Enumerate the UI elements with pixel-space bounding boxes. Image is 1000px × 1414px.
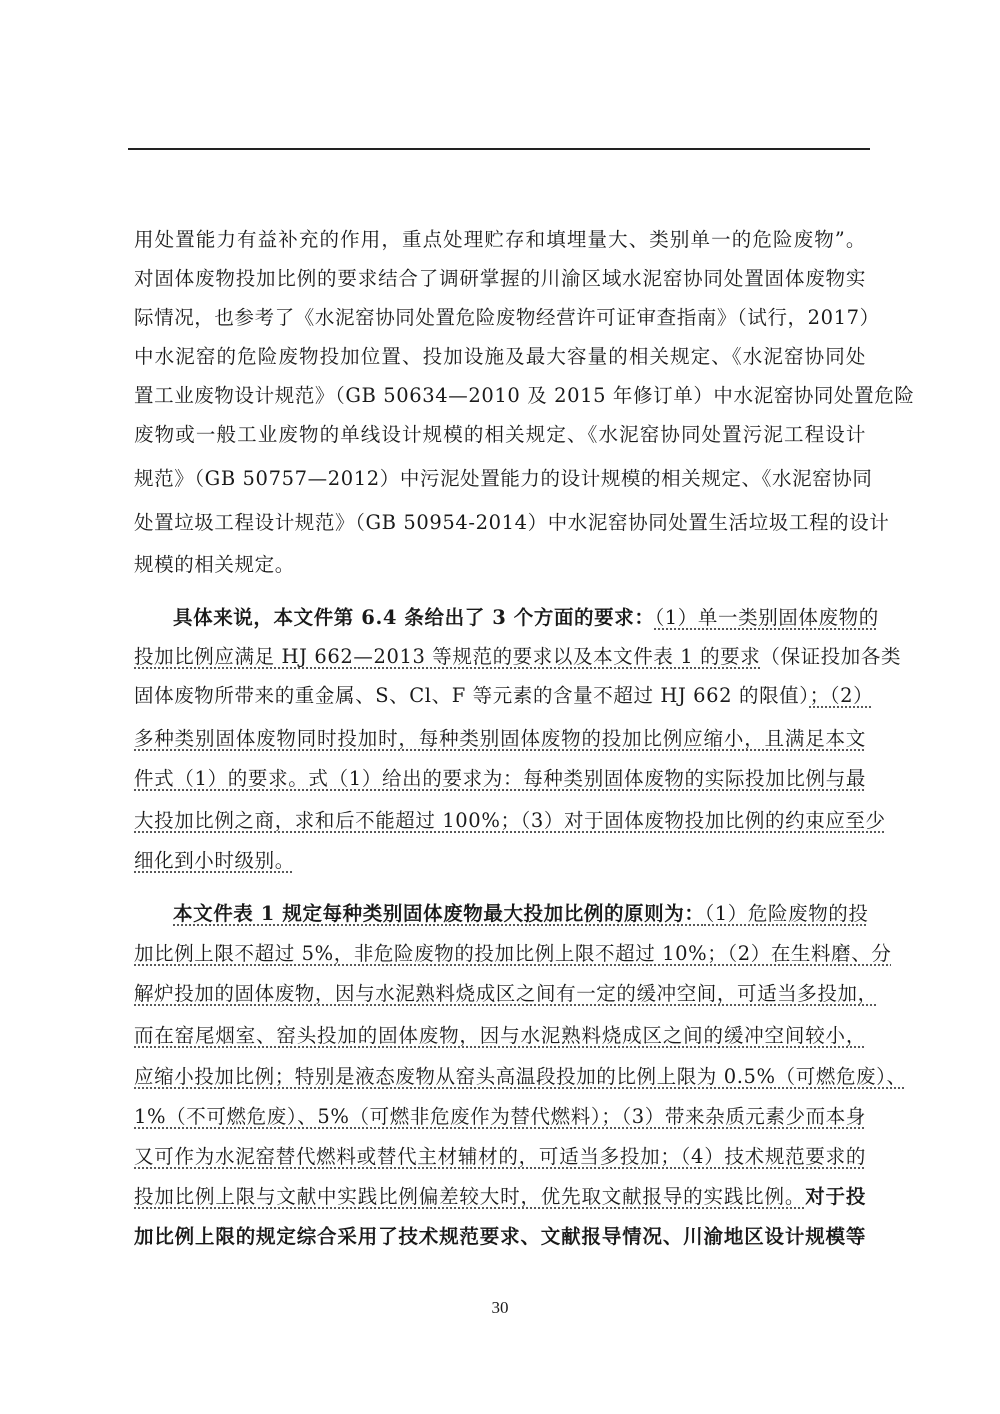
text-line: 置工业废物设计规范》（GB 50634—2010 及 2015 年修订单）中水泥…	[134, 381, 866, 411]
text-line: 大投加比例之商，求和后不能超过 100%；（3）对于固体废物投加比例的约束应至少	[134, 806, 866, 836]
text-line: 加比例上限的规定综合采用了技术规范要求、文献报导情况、川渝地区设计规模等	[134, 1222, 866, 1252]
text-line: 而在窑尾烟室、窑头投加的固体废物，因与水泥熟料烧成区之间的缓冲空间较小，	[134, 1021, 866, 1051]
text-line: 又可作为水泥窑替代燃料或替代主材辅材的，可适当多投加；（4）技术规范要求的	[134, 1142, 866, 1172]
bold-lead-text: 具体来说，本文件第 6.4 条给出了 3 个方面的要求：	[173, 606, 654, 629]
text-line: 本文件表 1 规定每种类别固体废物最大投加比例的原则为：（1）危险废物的投	[173, 899, 866, 929]
text-line: 投加比例上限与文献中实践比例偏差较大时，优先取文献报导的实践比例。对于投	[134, 1182, 866, 1212]
text-line: 固体废物所带来的重金属、S、Cl、F 等元素的含量不超过 HJ 662 的限值）…	[134, 681, 866, 711]
underlined-text: 1%（不可燃危废）、5%（可燃非危废作为替代燃料）；（3）带来杂质元素少而本身	[134, 1105, 866, 1128]
underlined-text: 投加比例上限与文献中实践比例偏差较大时，优先取文献报导的实践比例。	[134, 1185, 805, 1208]
text-line: 解炉投加的固体废物，因与水泥熟料烧成区之间有一定的缓冲空间，可适当多投加，	[134, 979, 866, 1009]
text-line: 1%（不可燃危废）、5%（可燃非危废作为替代燃料）；（3）带来杂质元素少而本身	[134, 1102, 866, 1132]
text-line: 细化到小时级别。	[134, 846, 866, 876]
underlined-text: 加比例上限不超过 5%，非危险废物的投加比例上限不超过 10%；（2）在生料磨、…	[134, 942, 891, 965]
page-number: 30	[0, 1298, 1000, 1318]
underlined-text: ；（2）	[810, 684, 874, 707]
text-line: 加比例上限不超过 5%，非危险废物的投加比例上限不超过 10%；（2）在生料磨、…	[134, 939, 866, 969]
underlined-text: 大投加比例之商，求和后不能超过 100%；（3）对于固体废物投加比例的约束应至少	[134, 809, 886, 832]
underlined-text: 细化到小时级别。	[134, 849, 295, 872]
underlined-text: 应缩小投加比例；特别是液态废物从窑头高温段投加的比例上限为 0.5%（可燃危废）…	[134, 1065, 907, 1088]
underlined-text: 投加比例应满足 HJ 662—2013 等规范的要求以及本文件表 1 的要求	[134, 645, 760, 668]
text-line: 规范》（GB 50757—2012）中污泥处置能力的设计规模的相关规定、《水泥窑…	[134, 464, 866, 494]
text-line: 废物或一般工业废物的单线设计规模的相关规定、《水泥窑协同处置污泥工程设计	[134, 420, 866, 450]
text-line: 投加比例应满足 HJ 662—2013 等规范的要求以及本文件表 1 的要求（保…	[134, 642, 866, 672]
text-line: 具体来说，本文件第 6.4 条给出了 3 个方面的要求：（1）单一类别固体废物的	[173, 603, 866, 633]
plain-text: （保证投加各类	[760, 645, 901, 668]
text-line: 际情况，也参考了《水泥窑协同处置危险废物经营许可证审查指南》（试行，2017）	[134, 303, 866, 333]
underlined-text: 解炉投加的固体废物，因与水泥熟料烧成区之间有一定的缓冲空间，可适当多投加，	[134, 982, 878, 1005]
text-line: 用处置能力有益补充的作用，重点处理贮存和填埋量大、类别单一的危险废物”。	[134, 225, 866, 255]
text-line: 应缩小投加比例；特别是液态废物从窑头高温段投加的比例上限为 0.5%（可燃危废）…	[134, 1062, 866, 1092]
underlined-text: 又可作为水泥窑替代燃料或替代主材辅材的，可适当多投加；（4）技术规范要求的	[134, 1145, 866, 1168]
text-line: 多种类别固体废物同时投加时，每种类别固体废物的投加比例应缩小，且满足本文	[134, 724, 866, 754]
text-line: 规模的相关规定。	[134, 550, 866, 580]
underlined-text: 件式（1）的要求。式（1）给出的要求为：每种类别固体废物的实际投加比例与最	[134, 767, 866, 790]
underlined-text: 而在窑尾烟室、窑头投加的固体废物，因与水泥熟料烧成区之间的缓冲空间较小，	[134, 1024, 866, 1047]
underlined-text: 多种类别固体废物同时投加时，每种类别固体废物的投加比例应缩小，且满足本文	[134, 727, 866, 750]
plain-text: 固体废物所带来的重金属、S、Cl、F 等元素的含量不超过 HJ 662 的限值）	[134, 684, 810, 707]
underlined-text: （1）单一类别固体废物的	[654, 606, 878, 629]
bold-underlined-text: 本文件表 1 规定每种类别固体废物最大投加比例的原则为：	[173, 902, 704, 925]
text-line: 件式（1）的要求。式（1）给出的要求为：每种类别固体废物的实际投加比例与最	[134, 764, 866, 794]
text-line: 处置垃圾工程设计规范》（GB 50954-2014）中水泥窑协同处置生活垃圾工程…	[134, 508, 866, 538]
underlined-text: （1）危险废物的投	[704, 902, 868, 925]
header-rule	[128, 148, 870, 150]
bold-text: 加比例上限的规定综合采用了技术规范要求、文献报导情况、川渝地区设计规模等	[134, 1225, 866, 1248]
text-line: 中水泥窑的危险废物投加位置、投加设施及最大容量的相关规定、《水泥窑协同处	[134, 342, 866, 372]
bold-text: 对于投	[805, 1185, 866, 1208]
text-line: 对固体废物投加比例的要求结合了调研掌握的川渝区域水泥窑协同处置固体废物实	[134, 264, 866, 294]
